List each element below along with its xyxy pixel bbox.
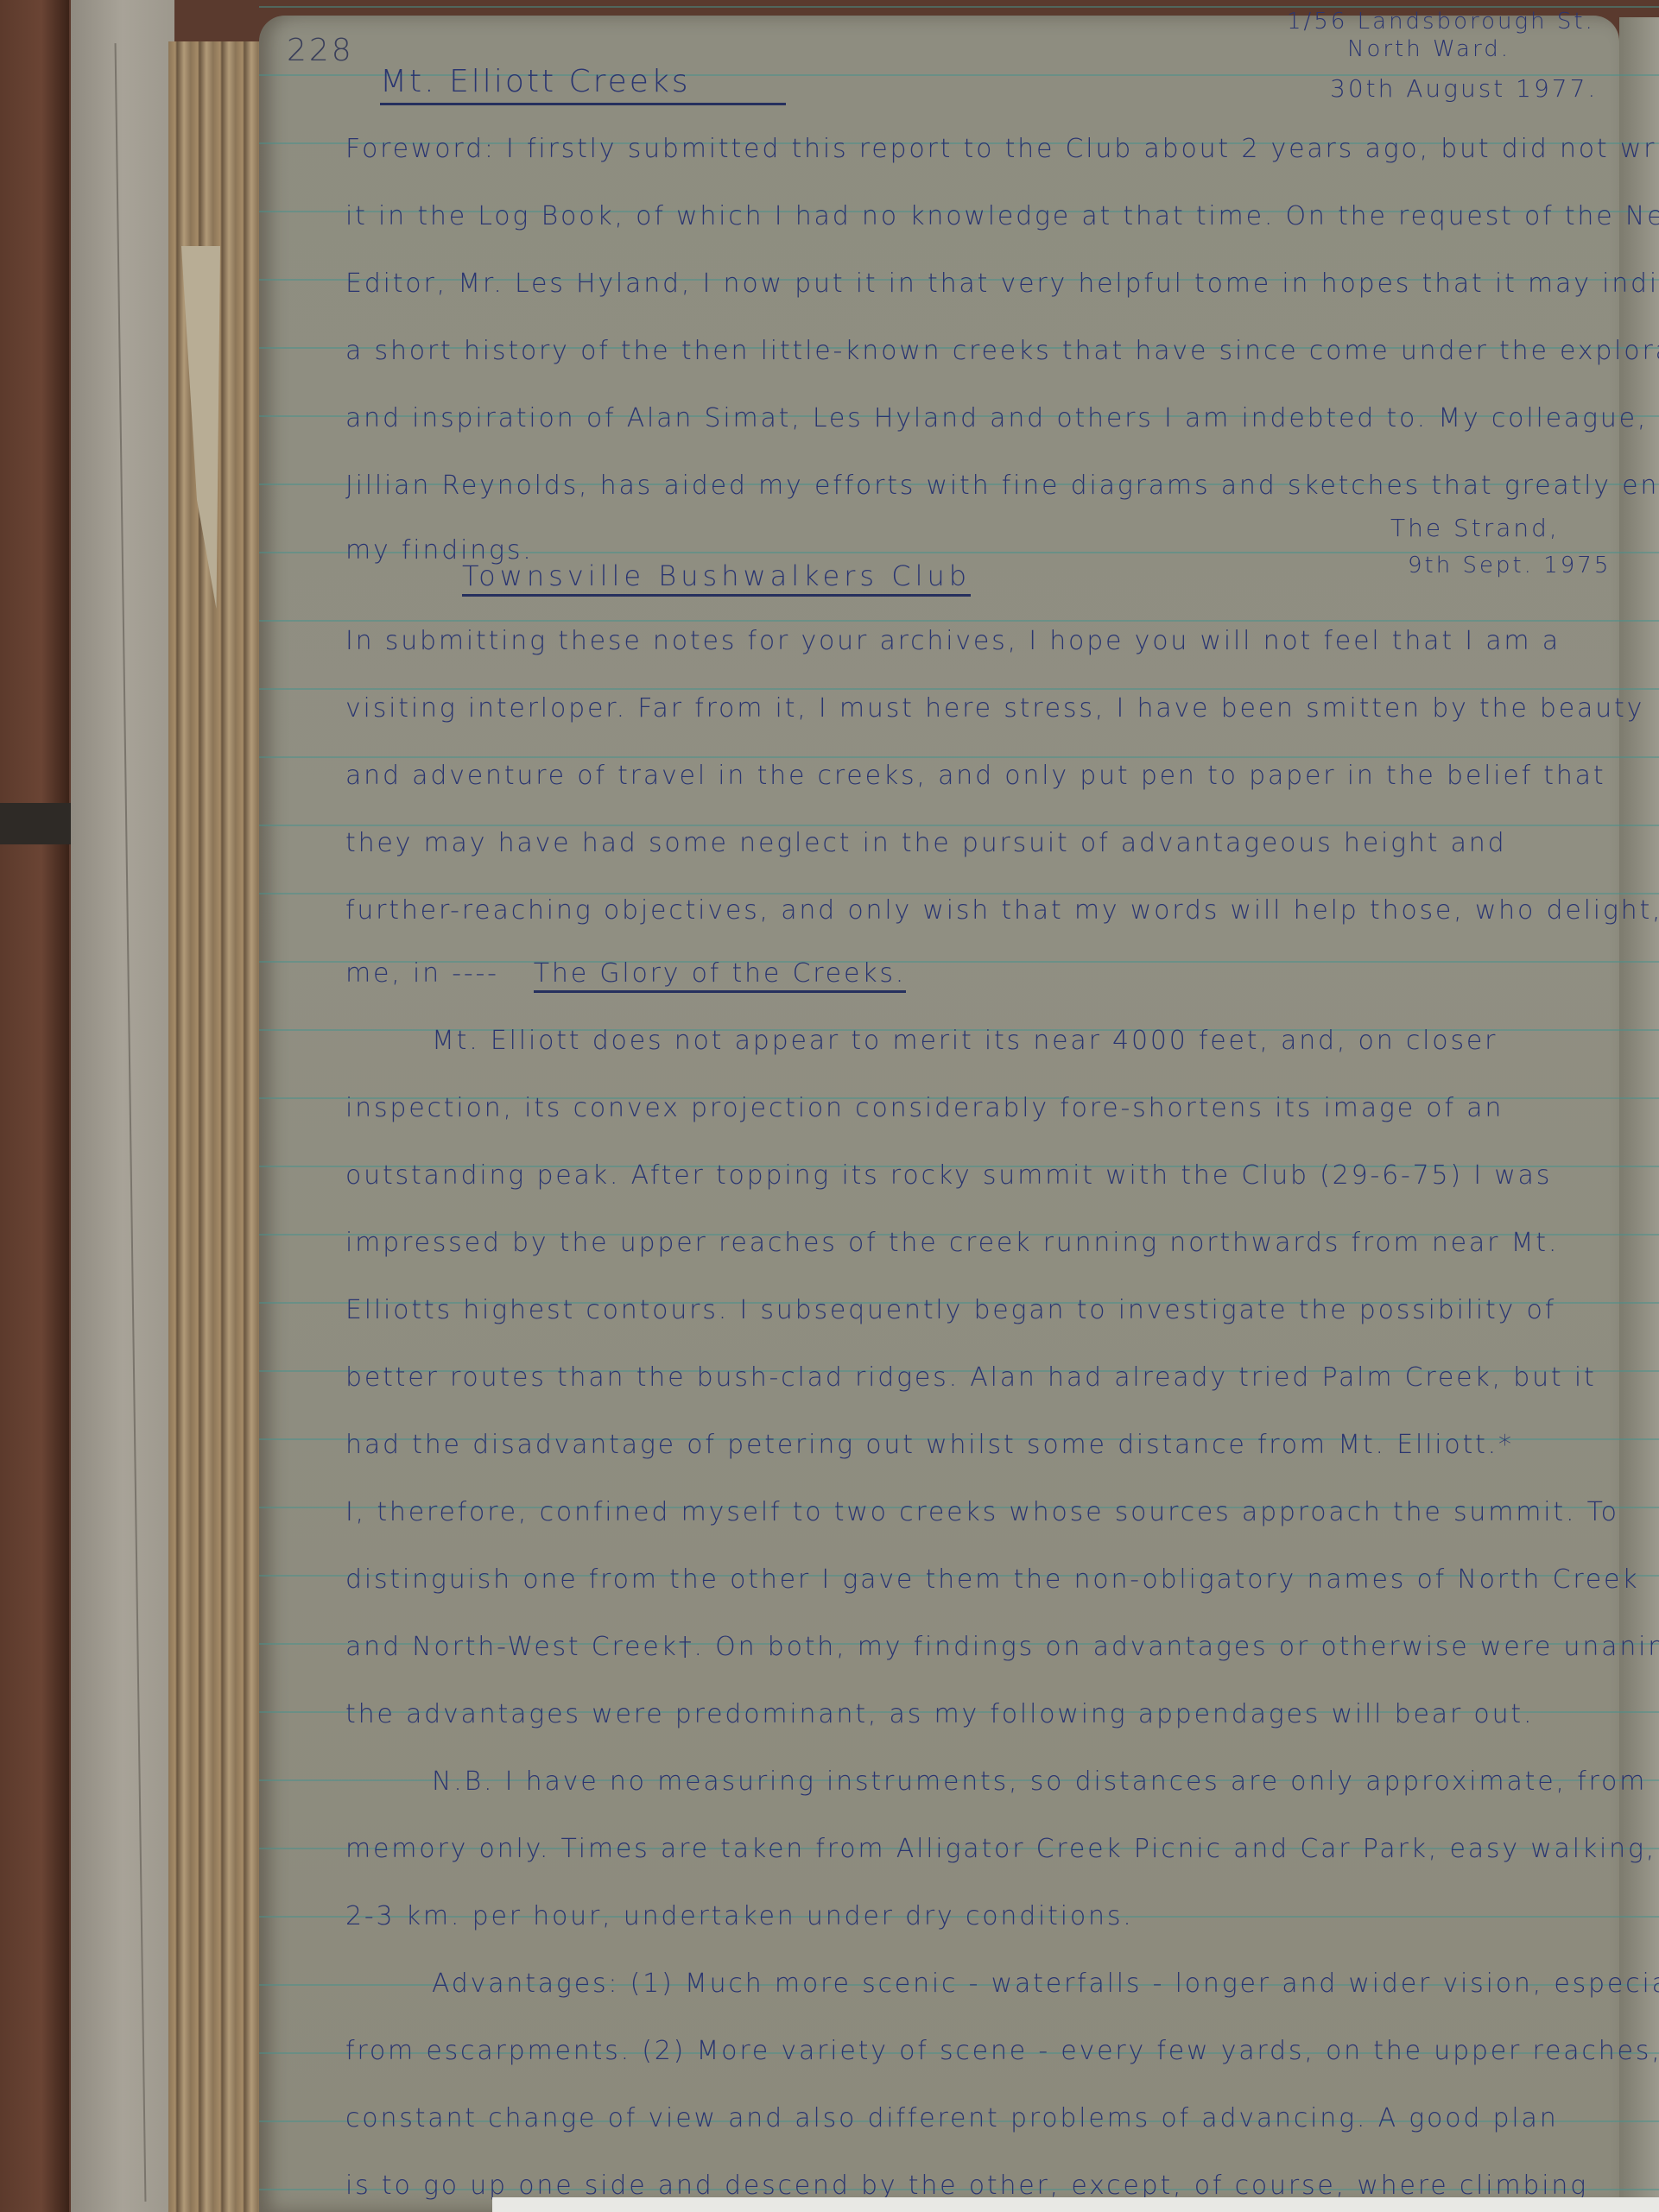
body-line: the advantages were predominant, as my f… [345, 1699, 1534, 1729]
nb-line: N.B. I have no measuring instruments, so… [432, 1766, 1647, 1797]
foreword-line: Foreword: I firstly submitted this repor… [345, 134, 1659, 164]
body-line: distinguish one from the other I gave th… [345, 1564, 1639, 1595]
body-line: I, therefore, confined myself to two cre… [345, 1497, 1619, 1527]
body-line: Mt. Elliott does not appear to merit its… [432, 1026, 1498, 1056]
advantages-line: is to go up one side and descend by the … [345, 2171, 1588, 2201]
foreword-line: a short history of the then little-known… [345, 336, 1659, 366]
intro-line: and adventure of travel in the creeks, a… [345, 761, 1605, 791]
page-title: Mt. Elliott Creeks [380, 64, 786, 105]
address-line-2: North Ward. [1347, 36, 1510, 62]
signoff-place: The Strand, [1390, 514, 1560, 542]
advantages-line: from escarpments. (2) More variety of sc… [345, 2036, 1659, 2066]
body-line: impressed by the upper reaches of the cr… [345, 1228, 1559, 1258]
scan-edge [492, 2197, 1659, 2212]
body-line: had the disadvantage of petering out whi… [345, 1430, 1514, 1460]
signoff-date: 9th Sept. 1975 [1408, 553, 1611, 578]
glory-prefix: me, in ---- [345, 958, 499, 989]
body-line: inspection, its convex projection consid… [345, 1093, 1504, 1123]
book-cover [0, 0, 69, 2212]
glory-line: me, in ----The Glory of the Creeks. [345, 958, 906, 989]
cover-band [0, 803, 79, 844]
body-line: outstanding peak. After topping its rock… [345, 1160, 1552, 1191]
intro-line: they may have had some neglect in the pu… [345, 828, 1506, 858]
foreword-line: Editor, Mr. Les Hyland, I now put it in … [345, 269, 1659, 299]
body-line: and North-West Creek†. On both, my findi… [345, 1632, 1659, 1662]
nb-line: memory only. Times are taken from Alliga… [345, 1834, 1656, 1864]
foreword-line: Jillian Reynolds, has aided my efforts w… [345, 471, 1659, 501]
address-line-1: 1/56 Landsborough St. [1287, 7, 1595, 36]
section-heading: The Glory of the Creeks. [534, 958, 906, 993]
foreword-line: and inspiration of Alan Simat, Les Hylan… [345, 403, 1659, 433]
body-line: better routes than the bush-clad ridges.… [345, 1362, 1597, 1393]
flyleaf [71, 0, 174, 2212]
page-number: 228 [287, 33, 354, 68]
nb-line: 2-3 km. per hour, undertaken under dry c… [345, 1901, 1134, 1931]
intro-line: visiting interloper. Far from it, I must… [345, 693, 1644, 724]
addressee-heading: Townsville Bushwalkers Club [462, 559, 971, 597]
intro-line: further-reaching objectives, and only wi… [345, 895, 1659, 926]
letter-date: 30th August 1977. [1330, 74, 1598, 103]
foreword-line: it in the Log Book, of which I had no kn… [345, 201, 1659, 231]
body-line: Elliotts highest contours. I subsequentl… [345, 1295, 1556, 1325]
intro-line: In submitting these notes for your archi… [345, 626, 1561, 656]
advantages-line: constant change of view and also differe… [345, 2103, 1559, 2133]
advantages-line: Advantages: (1) Much more scenic - water… [432, 1969, 1659, 1999]
